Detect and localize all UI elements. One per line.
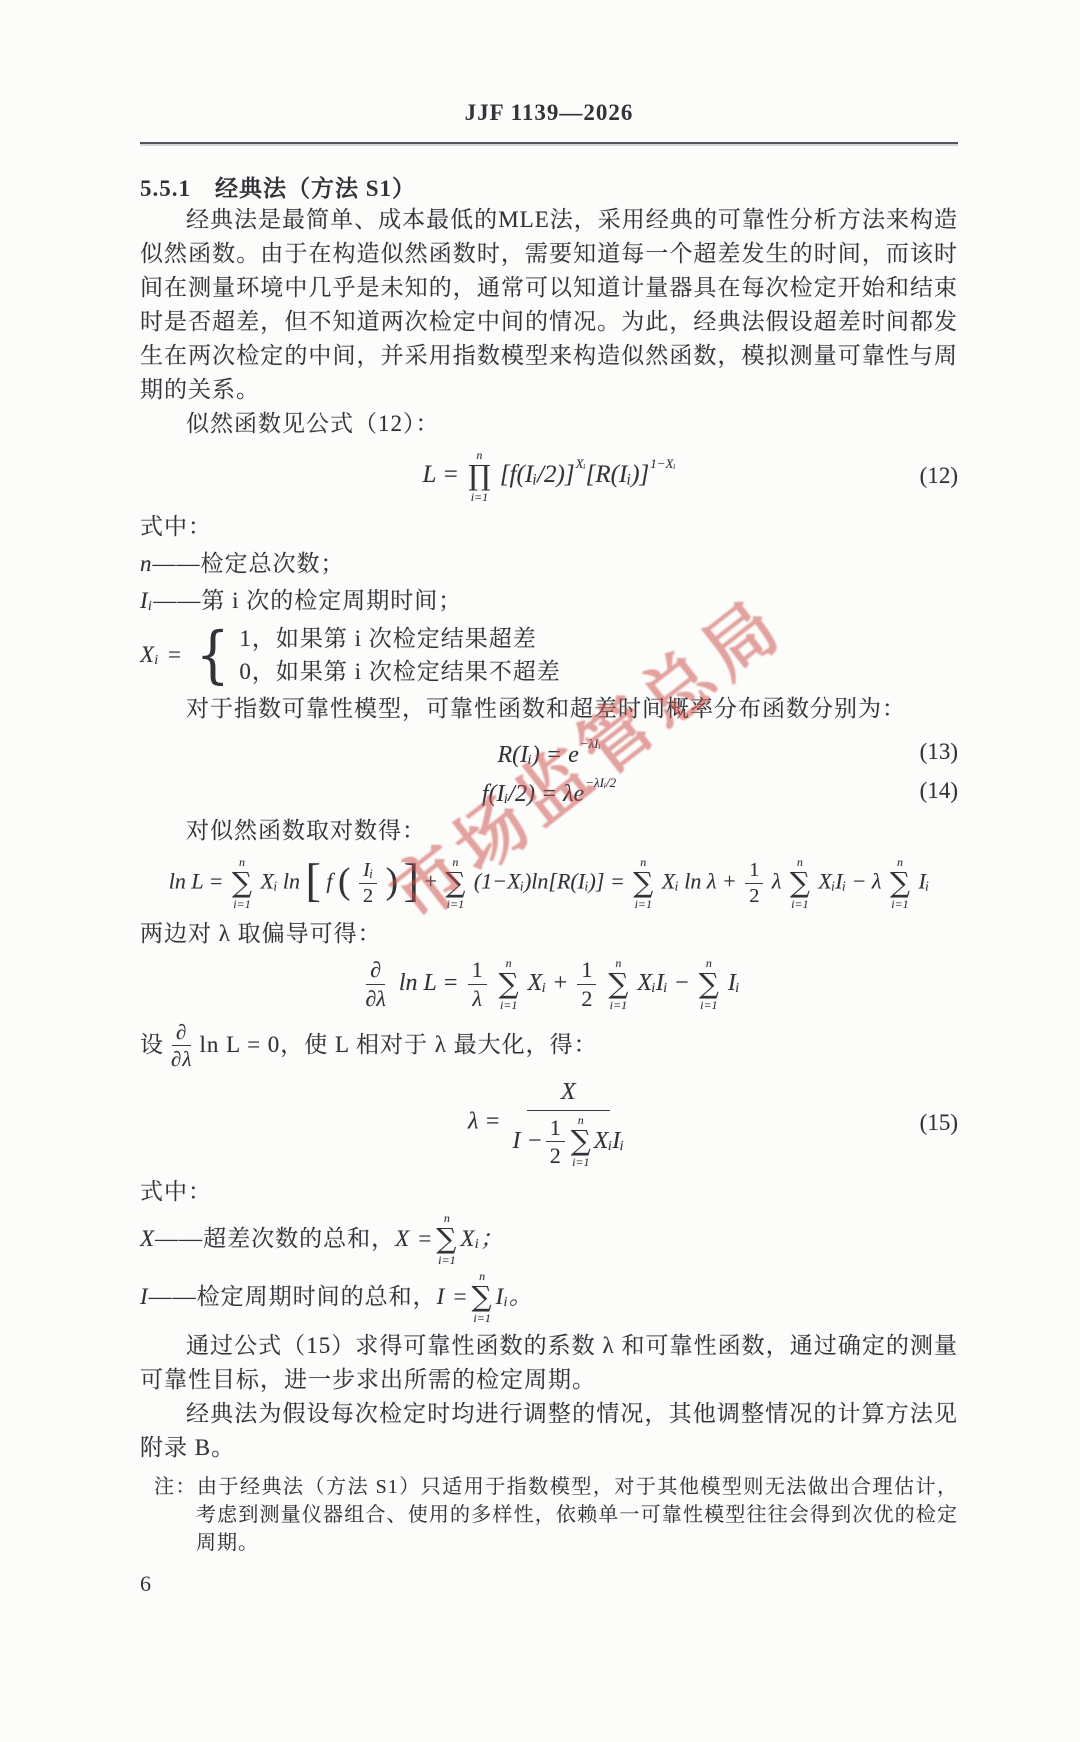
fraction-half: 1 2 xyxy=(745,859,763,909)
sum-operator: n ∑ i=1 xyxy=(890,856,910,911)
equation-partial-derivative: ∂ ∂λ ln L = 1 λ n ∑ i=1 Xᵢ + 1 2 n ∑ i=1… xyxy=(140,957,958,1012)
sum-operator: n ∑ i=1 xyxy=(608,957,628,1012)
document-page: 市场监管总局 JJF 1139—2026 5.5.1 经典法（方法 S1） 经典… xyxy=(0,0,1080,1742)
equation-number-15: (15) xyxy=(920,1110,958,1136)
equation-14: f(Iᵢ/2) = λe−λIᵢ/2 (14) xyxy=(140,775,958,808)
sum-operator: n ∑ i=1 xyxy=(472,1270,493,1325)
partial-derivative-intro: 两边对 λ 取偏导可得： xyxy=(140,917,958,951)
sum-operator: n ∑ i=1 xyxy=(499,957,519,1012)
paragraph-intro: 经典法是最简单、成本最低的MLE法，采用经典的可靠性分析方法来构造似然函数。由于… xyxy=(140,203,958,407)
exp-model-statement: 对于指数可靠性模型，可靠性函数和超差时间概率分布函数分别为： xyxy=(140,692,958,726)
definition-X: X——超差次数的总和， X = n ∑ i=1 Xᵢ； xyxy=(140,1212,958,1267)
definition-I: I ——检定周期时间的总和， I = n ∑ i=1 Iᵢ。 xyxy=(140,1270,958,1325)
eq12-lhs: L = xyxy=(422,461,459,488)
page-header: JJF 1139—2026 xyxy=(140,100,958,144)
fraction-partial: ∂ ∂λ xyxy=(167,1020,196,1071)
big-fraction-lambda: X I − 1 2 n ∑ i=1 XᵢIᵢ xyxy=(513,1077,624,1169)
fraction-half: 1 2 xyxy=(546,1115,565,1169)
definition-n: n——检定总次数； xyxy=(140,547,958,581)
definition-Ii: Iᵢ——第 i 次的检定周期时间； xyxy=(140,584,958,618)
equation-13: R(Iᵢ) = e−λIᵢ (13) xyxy=(140,736,958,769)
product-operator: n ∏ i=1 xyxy=(468,449,490,504)
note: 注：由于经典法（方法 S1）只适用于指数模型，对于其他模型则无法做出合理估计，考… xyxy=(154,1473,958,1557)
sum-operator: n ∑ i=1 xyxy=(790,856,810,911)
sum-operator: n ∑ i=1 xyxy=(699,957,719,1012)
where-label-1: 式中： xyxy=(140,510,958,544)
xi-case-2: 0，如果第 i 次检定结果不超差 xyxy=(239,655,560,688)
sum-operator: n ∑ i=1 xyxy=(633,856,653,911)
equation-number-14: (14) xyxy=(920,778,958,804)
maximize-statement: 设 ∂ ∂λ ln L = 0，使 L 相对于 λ 最大化，得： xyxy=(140,1020,958,1071)
where-label-2: 式中： xyxy=(140,1175,958,1209)
page-number: 6 xyxy=(140,1571,958,1597)
paragraph-adjustment: 经典法为假设每次检定时均进行调整的情况，其他调整情况的计算方法见附录 B。 xyxy=(140,1397,958,1465)
cases-brace: { xyxy=(196,624,230,686)
xi-case-1: 1，如果第 i 次检定结果超差 xyxy=(239,622,560,655)
fraction-Ii-2: Iᵢ 2 xyxy=(359,859,377,909)
sum-operator: n ∑ i=1 xyxy=(232,856,252,911)
xi-cases-definition: Xᵢ = { 1，如果第 i 次检定结果超差 0，如果第 i 次检定结果不超差 xyxy=(140,622,958,688)
paragraph-likelihood-intro: 似然函数见公式（12）： xyxy=(140,407,958,441)
log-likelihood-intro: 对似然函数取对数得： xyxy=(140,814,958,848)
fraction-partial: ∂ ∂λ xyxy=(361,957,389,1011)
standard-number: JJF 1139—2026 xyxy=(140,100,958,126)
sum-operator: n ∑ i=1 xyxy=(445,856,465,911)
equation-log-likelihood: ln L = n ∑ i=1 Xᵢ ln [ f ( Iᵢ 2 ) ] + n … xyxy=(140,856,958,911)
section-heading: 5.5.1 经典法（方法 S1） xyxy=(140,170,958,203)
paragraph-period-derivation: 通过公式（15）求得可靠性函数的系数 λ 和可靠性函数，通过确定的测量可靠性目标… xyxy=(140,1329,958,1397)
fraction-half: 1 2 xyxy=(577,957,596,1011)
header-rule xyxy=(140,142,958,144)
equation-12: L = n ∏ i=1 [f(Iᵢ/2)]Xᵢ[R(Iᵢ)]1−Xᵢ (12) xyxy=(140,449,958,504)
equation-number-13: (13) xyxy=(920,739,958,765)
equation-15: λ = X I − 1 2 n ∑ i=1 XᵢIᵢ (15) xyxy=(140,1077,958,1169)
sum-operator: n ∑ i=1 xyxy=(436,1212,457,1267)
sum-operator: n ∑ i=1 xyxy=(571,1114,591,1169)
fraction-1-lambda: 1 λ xyxy=(468,957,487,1011)
equation-number-12: (12) xyxy=(920,463,958,489)
